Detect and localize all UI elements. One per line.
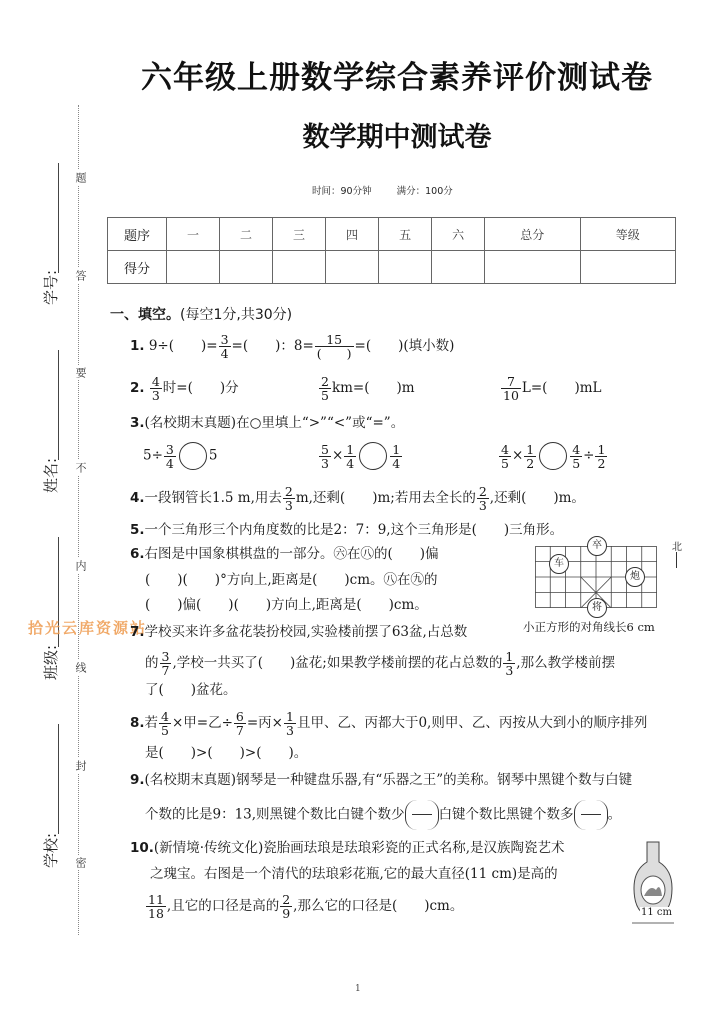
- cell-score-label: 得分: [108, 251, 167, 284]
- cell-header: 三: [273, 218, 326, 251]
- cell-header: 题序: [108, 218, 167, 251]
- class-label: 班级:: [40, 645, 61, 680]
- cell-header: 五: [379, 218, 432, 251]
- score-input-cell[interactable]: [326, 251, 379, 284]
- question-number: 6.: [130, 546, 145, 562]
- section-heading: 一、填空。(每空1分,共30分): [110, 304, 292, 324]
- q-text: =( )：8=: [232, 338, 314, 354]
- question-10-line2: 之瑰宝。右图是一个清代的珐琅彩花瓶,它的最大直径(11 cm)是高的: [150, 864, 558, 884]
- score-table-score-row: 得分: [108, 251, 676, 284]
- q-text: km=( )m: [332, 380, 415, 396]
- chess-piece-general: 将: [587, 598, 607, 618]
- question-7-line2: 的37,学校一共买了( )盆花;如果教学楼前摆的花占总数的13,那么教学楼前摆: [145, 650, 615, 677]
- question-6-line3: ( )偏( )( )方向上,距离是( )cm。: [145, 595, 428, 615]
- question-number: 7.: [130, 624, 145, 640]
- fraction-answer-blank[interactable]: [574, 800, 608, 830]
- question-number: 2.: [130, 380, 145, 396]
- full-score: 满分：100分: [397, 186, 453, 197]
- q-text: 时=( )分: [163, 380, 239, 396]
- question-number: 1.: [130, 338, 145, 354]
- binding-dotted-line: [78, 105, 79, 935]
- compare-circle-input[interactable]: [179, 442, 207, 470]
- question-2c: 710L=( )mL: [500, 375, 601, 402]
- question-9: 9.(名校期末真题)钢琴是一种键盘乐器,有“乐器之王”的美称。钢琴中黑键个数与白…: [130, 770, 632, 790]
- name-line[interactable]: [58, 350, 59, 460]
- score-input-cell[interactable]: [432, 251, 485, 284]
- score-input-cell[interactable]: [273, 251, 326, 284]
- chess-piece-cannon: 炮: [625, 567, 645, 587]
- question-6-line2: ( )( )°方向上,距离是( )cm。㊇在㊈的: [145, 570, 438, 590]
- question-number: 3.: [130, 415, 145, 431]
- question-8-line2: 是( )>( )>( )。: [145, 743, 307, 763]
- chessboard-caption: 小正方形的对角线长6 cm: [523, 619, 655, 635]
- compare-2: 53×1414: [318, 442, 403, 470]
- score-table: 题序 一 二 三 四 五 六 总分 等级 得分: [107, 217, 676, 284]
- binding-char: 不: [72, 460, 88, 475]
- cell-header: 一: [167, 218, 220, 251]
- student-id-line[interactable]: [58, 163, 59, 273]
- compare-1: 5÷345: [143, 442, 217, 470]
- school-line[interactable]: [58, 724, 59, 834]
- cell-header: 等级: [580, 218, 676, 251]
- question-7: 7.学校买来许多盆花装扮校园,实验楼前摆了63盆,占总数: [130, 622, 467, 642]
- fraction-answer-blank[interactable]: [405, 800, 439, 830]
- binding-char: 密: [72, 855, 88, 870]
- q-text: L=( )mL: [522, 380, 602, 396]
- question-6: 6.右图是中国象棋棋盘的一部分。㊅在㊇的( )偏: [130, 544, 439, 564]
- question-2b: 25km=( )m: [318, 375, 415, 402]
- section-note: (每空1分,共30分): [180, 307, 292, 323]
- student-id-label: 学号:: [40, 270, 61, 305]
- section-title: 一、填空。: [110, 307, 180, 323]
- question-number: 5.: [130, 522, 145, 538]
- fraction: 34: [219, 333, 231, 360]
- binding-char: 线: [72, 660, 88, 675]
- chess-piece-soldier: 卒: [587, 536, 607, 556]
- q-text: (名校期末真题)在○里填上“>”“<”或“=”。: [145, 415, 405, 431]
- question-4: 4.一段钢管长1.5 m,用去23m,还剩( )m;若用去全长的23,还剩( )…: [130, 485, 585, 512]
- question-number: 4.: [130, 490, 145, 506]
- cell-header: 六: [432, 218, 485, 251]
- question-number: 10.: [130, 840, 154, 856]
- question-1: 1. 9÷( )=34=( )：8=15( )=( )(填小数): [130, 333, 454, 360]
- binding-char: 答: [72, 268, 88, 283]
- time-limit: 时间：90分钟: [312, 186, 372, 197]
- name-label: 姓名:: [40, 458, 61, 493]
- compare-circle-input[interactable]: [539, 442, 567, 470]
- question-number: 8.: [130, 715, 145, 731]
- exam-title: 六年级上册数学综合素养评价测试卷: [0, 52, 724, 97]
- cell-header: 总分: [485, 218, 580, 251]
- fraction: 43: [150, 375, 162, 402]
- compare-3: 45×1245÷12: [498, 442, 608, 470]
- binding-char: 封: [72, 758, 88, 773]
- question-7-line3: 了( )盆花。: [145, 680, 237, 700]
- question-10-line3: 1118,且它的口径是高的29,那么它的口径是( )cm。: [145, 893, 463, 920]
- vase-diameter-label: 11 cm: [640, 907, 673, 918]
- fraction: 15( ): [315, 333, 354, 360]
- question-number: 9.: [130, 772, 145, 788]
- score-input-cell[interactable]: [167, 251, 220, 284]
- score-table-header-row: 题序 一 二 三 四 五 六 总分 等级: [108, 218, 676, 251]
- question-5: 5.一个三角形三个内角度数的比是2：7：9,这个三角形是( )三角形。: [130, 520, 563, 540]
- question-8: 8.若45×甲=乙÷67=丙×13且甲、乙、丙都大于0,则甲、乙、丙按从大到小的…: [130, 710, 647, 737]
- fraction: 25: [319, 375, 331, 402]
- chess-piece-chariot: 车: [549, 554, 569, 574]
- north-arrow-icon: [676, 552, 677, 568]
- exam-subtitle: 数学期中测试卷: [0, 115, 724, 154]
- compare-circle-input[interactable]: [359, 442, 387, 470]
- exam-meta: 时间：90分钟 满分：100分: [312, 183, 453, 197]
- question-3: 3.(名校期末真题)在○里填上“>”“<”或“=”。: [130, 413, 404, 433]
- binding-char: 内: [72, 558, 88, 573]
- page-number: 1: [355, 984, 361, 994]
- score-input-cell[interactable]: [580, 251, 676, 284]
- north-label: 北: [672, 538, 682, 553]
- score-input-cell[interactable]: [220, 251, 273, 284]
- cell-header: 二: [220, 218, 273, 251]
- question-9-line2: 个数的比是9：13,则黑键个数比白键个数少白键个数比黑键个数多。: [145, 800, 621, 830]
- score-input-cell[interactable]: [379, 251, 432, 284]
- question-10: 10.(新情境·传统文化)瓷胎画珐琅是珐琅彩瓷的正式名称,是汉族陶瓷艺术: [130, 838, 565, 858]
- q-text: =( )(填小数): [355, 338, 455, 354]
- binding-char: 题: [72, 170, 88, 185]
- question-2: 2. 43时=( )分: [130, 375, 239, 402]
- cell-header: 四: [326, 218, 379, 251]
- score-input-cell[interactable]: [485, 251, 580, 284]
- binding-char: 要: [72, 365, 88, 380]
- school-label: 学校:: [40, 833, 61, 868]
- fraction: 710: [501, 375, 521, 402]
- q-text: 9÷( )=: [149, 338, 218, 354]
